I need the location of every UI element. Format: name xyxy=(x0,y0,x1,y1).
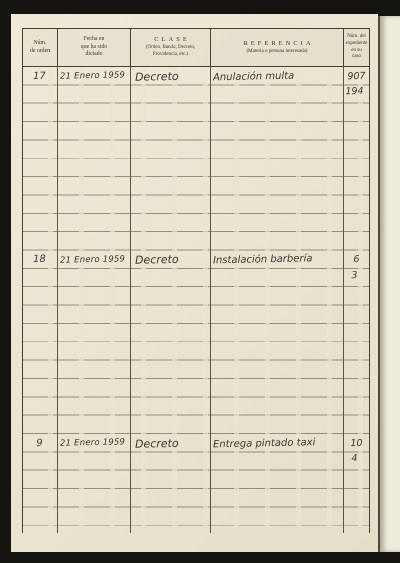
entry-fecha: 21 Enero 1959 xyxy=(57,254,130,266)
ledger-entry: 17 21 Enero 1959 Decreto Anulación multa… xyxy=(22,67,370,85)
table-body: 17 21 Enero 1959 Decreto Anulación multa… xyxy=(22,67,370,533)
column-header-expediente-label: Núm. del expediente en su caso xyxy=(346,34,368,61)
table-column-line xyxy=(130,67,131,533)
entry-expediente: 10 xyxy=(343,437,370,449)
entry-expediente: 6 xyxy=(343,254,370,266)
entry-expediente-2: 194 xyxy=(341,86,368,98)
column-header-clase-label: CLASE xyxy=(151,36,190,44)
table-row-rules xyxy=(22,67,370,526)
entry-expediente-2: 4 xyxy=(341,453,368,465)
entry-num: 9 xyxy=(22,437,57,449)
entry-referencia: Anulación multa xyxy=(210,69,343,83)
table-column-line xyxy=(22,67,23,533)
ledger-entry: 18 21 Enero 1959 Decreto Instalación bar… xyxy=(22,251,370,269)
table-column-line xyxy=(57,67,58,533)
column-header-referencia-sublabel: (Materia o persona interesada) xyxy=(247,49,308,56)
entry-fecha: 21 Enero 1959 xyxy=(57,70,130,82)
column-header-fecha: Fecha en que ha sido dictado xyxy=(58,29,131,66)
entry-expediente-2: 3 xyxy=(341,269,368,281)
entry-clase: Decreto xyxy=(130,69,210,84)
table-header-row: Núm. de orden Fecha en que ha sido dicta… xyxy=(22,28,370,67)
table-column-line xyxy=(210,67,211,533)
entry-clase: Decreto xyxy=(130,436,210,451)
column-header-clase: CLASE (Orden, Bando, Decreto, Providenci… xyxy=(131,29,211,66)
scanned-ledger-screenshot: { "table": { "headers": { "num": "Núm.\n… xyxy=(0,0,400,563)
column-header-referencia-label: REFERENCIA xyxy=(240,40,313,48)
column-header-expediente: Núm. del expediente en su caso xyxy=(344,29,369,66)
ledger-entry: 9 21 Enero 1959 Decreto Entrega pintado … xyxy=(22,434,370,452)
entry-num: 18 xyxy=(22,254,57,266)
column-header-num-orden-label: Núm. de orden xyxy=(30,40,50,55)
registry-table: Núm. de orden Fecha en que ha sido dicta… xyxy=(22,28,370,533)
table-column-line xyxy=(369,67,370,533)
adjacent-page-edge xyxy=(378,16,400,552)
entry-expediente: 907 xyxy=(343,70,370,82)
entry-referencia: Entrega pintado taxi xyxy=(210,436,343,450)
entry-num: 17 xyxy=(22,70,57,82)
column-header-num-orden: Núm. de orden xyxy=(23,29,58,66)
column-header-clase-sublabel: (Orden, Bando, Decreto, Providencia, etc… xyxy=(146,45,195,59)
entry-fecha: 21 Enero 1959 xyxy=(57,437,130,449)
entry-referencia: Instalación barbería xyxy=(210,253,343,267)
entry-clase: Decreto xyxy=(130,252,210,267)
column-header-fecha-label: Fecha en que ha sido dictado xyxy=(81,36,107,59)
column-header-referencia: REFERENCIA (Materia o persona interesada… xyxy=(211,29,344,66)
